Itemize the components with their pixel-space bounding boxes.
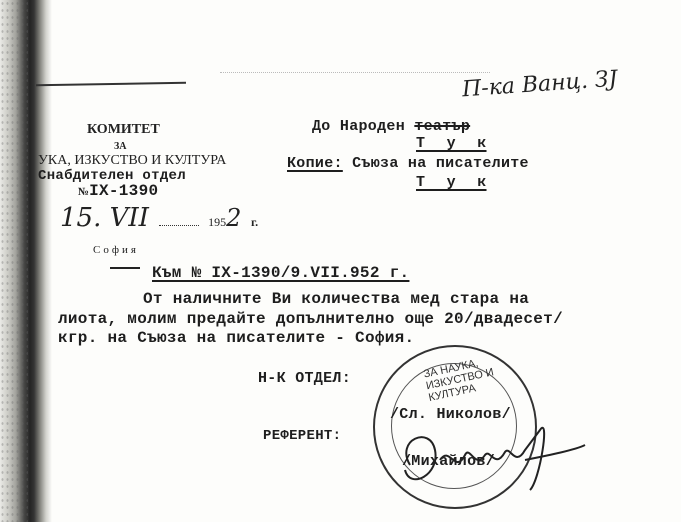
year-suffix: 2 xyxy=(226,204,241,232)
addressee-struck-word: театър xyxy=(414,118,470,135)
referent-label: РЕФЕРЕНТ: xyxy=(263,428,341,444)
addressee-copy: Копие: Съюза на писателите xyxy=(287,155,529,172)
body-line-2: лиота, молим предайте допълнително още 2… xyxy=(58,310,563,328)
year-prefix: 195 xyxy=(208,215,226,229)
letterhead-number-row: №IX-1390 xyxy=(78,182,158,200)
body-line-3: кгр. на Съюза на писателите - София. xyxy=(58,329,414,347)
date-day-month: 15. VII xyxy=(60,203,149,233)
fold-line xyxy=(36,82,186,87)
number-prefix: № xyxy=(78,186,89,198)
addressee-here-1: Т у к xyxy=(416,135,487,152)
body-line-1: От наличните Ви количества мед стара на xyxy=(143,290,529,308)
letterhead-number: IX-1390 xyxy=(89,182,158,200)
handwritten-signature xyxy=(390,420,590,500)
head-label: Н-К ОТДЕЛ: xyxy=(258,370,351,387)
copy-recipient: Съюза на писателите xyxy=(352,155,529,172)
letterhead-committee: КОМИТЕТ xyxy=(87,122,160,138)
letterhead-for: ЗА xyxy=(114,141,127,152)
letterhead-dash xyxy=(110,267,140,269)
addressee-to-label: До Народен xyxy=(312,118,405,135)
addressee-here-2: Т у к xyxy=(416,174,487,191)
year-g: г. xyxy=(251,215,258,229)
letterhead-date-row: 15. VII 1952 г. xyxy=(60,203,258,233)
letterhead-science-line: УКА, ИЗКУСТВО И КУЛТУРА xyxy=(38,153,226,169)
reference-line: Към № IX-1390/9.VII.952 г. xyxy=(152,264,409,282)
faint-rule xyxy=(220,72,490,73)
scan-speckle xyxy=(0,0,28,522)
addressee-to: До Народен театър xyxy=(312,118,470,135)
letterhead-city: София xyxy=(93,244,139,256)
copy-label: Копие: xyxy=(287,155,343,172)
